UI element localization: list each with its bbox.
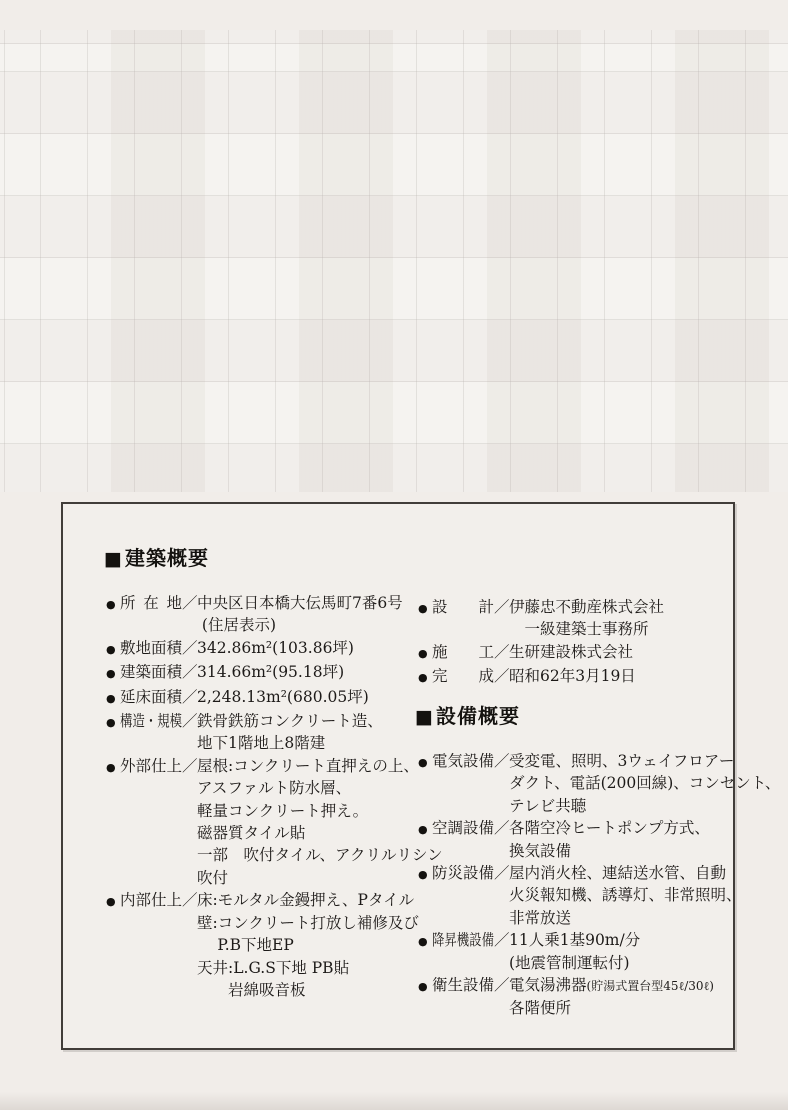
bullet-icon: ● <box>106 891 120 913</box>
spec-label: 建築面積 <box>120 661 182 683</box>
credit-value: 伊藤忠不動産株式会社 一級建築士事務所 <box>509 596 708 641</box>
credit-value: 昭和62年3月19日 <box>509 665 708 687</box>
spec-value-line: 吹付 <box>197 867 443 889</box>
credit-value-line: 一級建築士事務所 <box>509 618 708 640</box>
equip-value-line: (地震管制運転付) <box>509 952 718 974</box>
bullet-icon: ● <box>106 594 120 616</box>
spec-item-interior-finish: ● 内部仕上 ／ 床:モルタル金鏝押え、Pタイル 壁:コンクリート打放し補修及び… <box>106 889 406 1001</box>
credit-value-line: 伊藤忠不動産株式会社 <box>509 596 708 618</box>
equip-value-line: 火災報知機、誘導灯、非常照明、 <box>509 884 742 906</box>
spec-value-line: 2,248.13m²(680.05坪) <box>197 686 406 708</box>
equip-value-line: 換気設備 <box>509 840 718 862</box>
spec-value-line: 岩綿吸音板 <box>197 979 419 1001</box>
bullet-icon: ● <box>106 688 120 710</box>
spec-value: 中央区日本橋大伝馬町7番6号 (住居表示) <box>197 592 406 637</box>
equip-value-line: 屋内消火栓、連結送水管、自動 <box>509 862 742 884</box>
spec-label: 所 在 地 <box>120 592 182 614</box>
spec-value-line: (住居表示) <box>197 614 406 636</box>
equip-value-line: テレビ共聴 <box>509 795 780 817</box>
equip-value: 11人乗1基90m/分 (地震管制運転付) <box>509 929 718 974</box>
bullet-icon: ● <box>418 931 432 953</box>
spec-value: 2,248.13m²(680.05坪) <box>197 686 406 708</box>
bullet-icon: ● <box>418 976 432 998</box>
label-separator: ／ <box>182 889 197 911</box>
label-separator: ／ <box>494 641 509 663</box>
label-separator: ／ <box>494 665 509 687</box>
label-separator: ／ <box>182 661 197 683</box>
equip-value: 屋内消火栓、連結送水管、自動 火災報知機、誘導灯、非常照明、 非常放送 <box>509 862 742 929</box>
spec-item-total-floor-area: ● 延床面積 ／ 2,248.13m²(680.05坪) <box>106 686 406 710</box>
spec-label: 構造・規模 <box>120 710 182 732</box>
spec-value-line: 一部 吹付タイル、アクリルリシン <box>197 844 443 866</box>
spec-value: 屋根:コンクリート直押えの上、 アスファルト防水層、 軽量コンクリート押え。 磁… <box>197 755 443 889</box>
bullet-icon: ● <box>418 643 432 665</box>
spec-item-site-area: ● 敷地面積 ／ 342.86m²(103.86坪) <box>106 637 406 661</box>
label-separator: ／ <box>182 592 197 614</box>
bullet-icon: ● <box>418 819 432 841</box>
bullet-icon: ● <box>418 864 432 886</box>
equip-value: 各階空冷ヒートポンプ方式、 換気設備 <box>509 817 718 862</box>
spec-item-structure: ● 構造・規模 ／ 鉄骨鉄筋コンクリート造、 地下1階地上8階建 <box>106 710 406 755</box>
equip-value-line: 各階空冷ヒートポンプ方式、 <box>509 817 718 839</box>
bullet-icon: ● <box>106 639 120 661</box>
bullet-icon: ● <box>106 757 120 779</box>
spec-value-line: P.B下地EP <box>197 934 419 956</box>
equip-value-line: ダクト、電話(200回線)、コンセント、 <box>509 772 780 794</box>
bullet-icon: ● <box>418 667 432 689</box>
label-separator: ／ <box>182 686 197 708</box>
building-spec-list: ● 所 在 地 ／ 中央区日本橋大伝馬町7番6号 (住居表示) ● 敷地面積 ／… <box>106 592 406 1001</box>
credit-label: 施 工 <box>432 641 494 663</box>
equip-item-sanitary: ● 衛生設備 ／ 電気湯沸器(貯湯式置台型45ℓ/30ℓ) 各階便所 <box>418 974 718 1020</box>
equipment-overview-heading: ■設備概要 <box>415 700 520 729</box>
credit-value-line: 昭和62年3月19日 <box>509 665 708 687</box>
label-separator: ／ <box>494 974 509 996</box>
building-overview-title: 建築概要 <box>125 546 209 570</box>
credit-label: 設 計 <box>432 596 494 618</box>
credits-list: ● 設 計 ／ 伊藤忠不動産株式会社 一級建築士事務所 ● 施 工 ／ 生研建設… <box>418 596 708 690</box>
spec-value: 314.66m²(95.18坪) <box>197 661 406 683</box>
equip-item-hvac: ● 空調設備 ／ 各階空冷ヒートポンプ方式、 換気設備 <box>418 817 718 862</box>
bullet-icon: ● <box>418 598 432 620</box>
credit-value: 生研建設株式会社 <box>509 641 708 663</box>
equipment-list: ● 電気設備 ／ 受変電、照明、3ウェイフロアー ダクト、電話(200回線)、コ… <box>418 750 718 1020</box>
building-overview-heading: ■建築概要 <box>104 542 209 571</box>
label-separator: ／ <box>182 755 197 777</box>
spec-value-line: 屋根:コンクリート直押えの上、 <box>197 755 443 777</box>
label-separator: ／ <box>494 750 509 772</box>
label-separator: ／ <box>494 596 509 618</box>
equip-value-line: 非常放送 <box>509 907 742 929</box>
spec-value-line: 314.66m²(95.18坪) <box>197 661 406 683</box>
spec-value-line: 地下1階地上8階建 <box>197 732 406 754</box>
label-separator: ／ <box>182 637 197 659</box>
equip-value-line: 11人乗1基90m/分 <box>509 929 718 951</box>
spec-item-exterior-finish: ● 外部仕上 ／ 屋根:コンクリート直押えの上、 アスファルト防水層、 軽量コン… <box>106 755 406 889</box>
spec-value-line: 鉄骨鉄筋コンクリート造、 <box>197 710 406 732</box>
equip-label: 電気設備 <box>432 750 494 772</box>
bullet-icon: ● <box>106 712 120 734</box>
equip-value: 電気湯沸器(貯湯式置台型45ℓ/30ℓ) 各階便所 <box>509 974 718 1020</box>
spec-value: 鉄骨鉄筋コンクリート造、 地下1階地上8階建 <box>197 710 406 755</box>
credit-value-line: 生研建設株式会社 <box>509 641 708 663</box>
spec-item-location: ● 所 在 地 ／ 中央区日本橋大伝馬町7番6号 (住居表示) <box>106 592 406 637</box>
credit-item-construction: ● 施 工 ／ 生研建設株式会社 <box>418 641 708 665</box>
checkered-wallpaper-texture <box>0 30 788 492</box>
equip-label: 空調設備 <box>432 817 494 839</box>
equip-label: 衛生設備 <box>432 974 494 996</box>
spec-value-line: アスファルト防水層、 <box>197 777 443 799</box>
label-separator: ／ <box>494 862 509 884</box>
equip-value-line: 受変電、照明、3ウェイフロアー <box>509 750 780 772</box>
equip-item-elevator: ● 降昇機設備 ／ 11人乗1基90m/分 (地震管制運転付) <box>418 929 718 974</box>
equip-item-disaster-prevention: ● 防災設備 ／ 屋内消火栓、連結送水管、自動 火災報知機、誘導灯、非常照明、 … <box>418 862 718 929</box>
spec-value-line: 磁器質タイル貼 <box>197 822 443 844</box>
bullet-icon: ● <box>106 663 120 685</box>
spec-value: 342.86m²(103.86坪) <box>197 637 406 659</box>
equip-label: 防災設備 <box>432 862 494 884</box>
label-separator: ／ <box>182 710 197 732</box>
equip-label: 降昇機設備 <box>432 929 494 951</box>
spec-label: 内部仕上 <box>120 889 182 911</box>
equipment-overview-title: 設備概要 <box>436 704 520 728</box>
spec-label: 敷地面積 <box>120 637 182 659</box>
spec-value-line: 342.86m²(103.86坪) <box>197 637 406 659</box>
spec-value-line: 中央区日本橋大伝馬町7番6号 <box>197 592 406 614</box>
spec-label: 外部仕上 <box>120 755 182 777</box>
spec-item-building-area: ● 建築面積 ／ 314.66m²(95.18坪) <box>106 661 406 685</box>
square-marker-icon: ■ <box>104 548 123 570</box>
label-separator: ／ <box>494 929 509 951</box>
spec-value-line: 床:モルタル金鏝押え、Pタイル <box>197 889 419 911</box>
equip-value: 受変電、照明、3ウェイフロアー ダクト、電話(200回線)、コンセント、 テレビ… <box>509 750 780 817</box>
equip-value-small: (貯湯式置台型45ℓ/30ℓ) <box>587 979 714 993</box>
equip-value-line: 電気湯沸器(貯湯式置台型45ℓ/30ℓ) <box>509 974 718 997</box>
label-separator: ／ <box>494 817 509 839</box>
credit-label: 完 成 <box>432 665 494 687</box>
bullet-icon: ● <box>418 752 432 774</box>
spec-value-line: 軽量コンクリート押え。 <box>197 800 443 822</box>
spec-label: 延床面積 <box>120 686 182 708</box>
equip-value-main: 電気湯沸器 <box>509 976 587 994</box>
spec-value: 床:モルタル金鏝押え、Pタイル 壁:コンクリート打放し補修及び P.B下地EP … <box>197 889 419 1001</box>
equip-value-line: 各階便所 <box>509 997 718 1019</box>
spec-value-line: 壁:コンクリート打放し補修及び <box>197 912 419 934</box>
equip-item-electrical: ● 電気設備 ／ 受変電、照明、3ウェイフロアー ダクト、電話(200回線)、コ… <box>418 750 718 817</box>
spec-value-line: 天井:L.G.S下地 PB貼 <box>197 957 419 979</box>
scanned-document-page: ■建築概要 ● 所 在 地 ／ 中央区日本橋大伝馬町7番6号 (住居表示) ● … <box>0 0 788 1110</box>
specification-box: ■建築概要 ● 所 在 地 ／ 中央区日本橋大伝馬町7番6号 (住居表示) ● … <box>61 502 735 1050</box>
square-marker-icon: ■ <box>415 706 434 728</box>
credit-item-completion: ● 完 成 ／ 昭和62年3月19日 <box>418 665 708 689</box>
credit-item-design: ● 設 計 ／ 伊藤忠不動産株式会社 一級建築士事務所 <box>418 596 708 641</box>
